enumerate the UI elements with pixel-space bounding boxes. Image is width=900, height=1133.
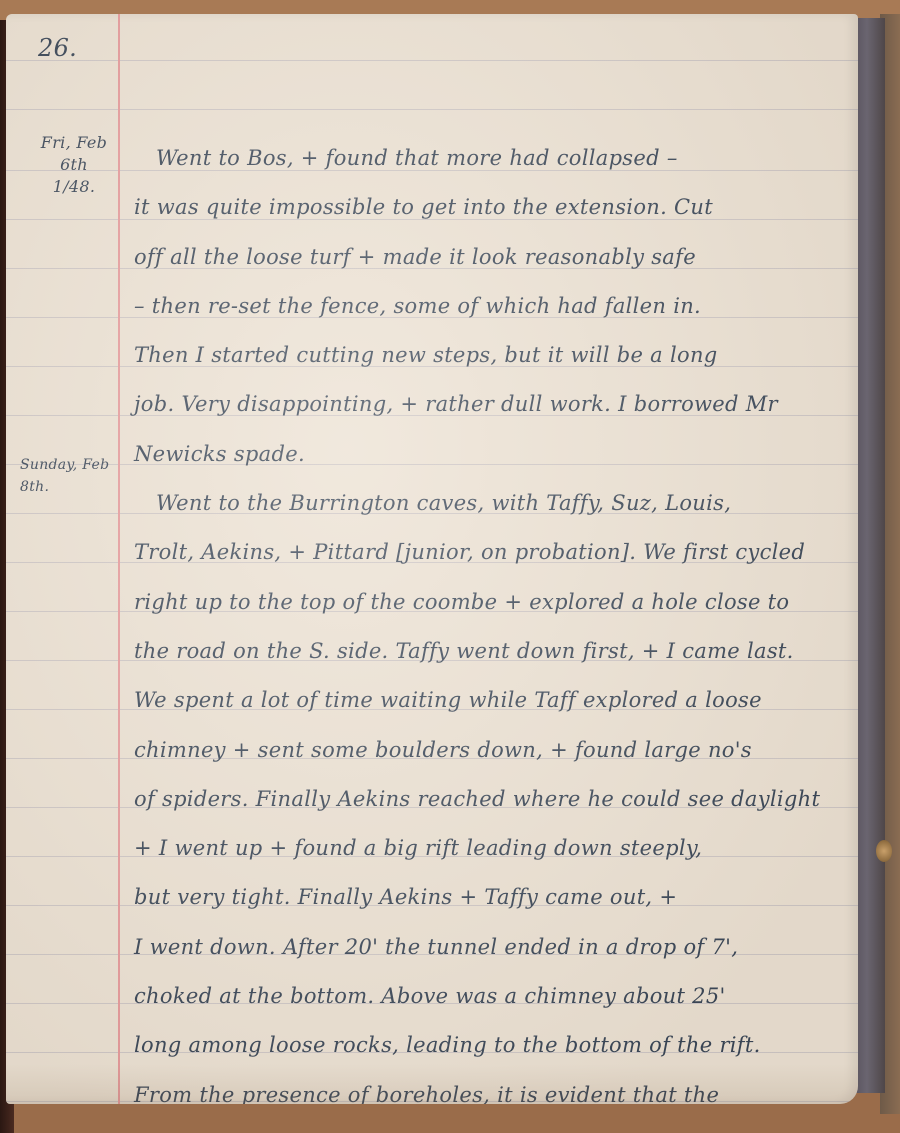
text-line: Newicks spade. bbox=[134, 430, 858, 479]
entry-date-1-line-2: 1/48. bbox=[34, 176, 114, 198]
text-line: choked at the bottom. Above was a chimne… bbox=[134, 972, 858, 1021]
text-line: but very tight. Finally Aekins + Taffy c… bbox=[134, 873, 858, 922]
binding-ring-icon bbox=[876, 840, 892, 862]
entry-date-1: Fri, Feb 6th 1/48. bbox=[34, 132, 114, 198]
text-line: off all the loose turf + made it look re… bbox=[134, 233, 858, 282]
margin-line bbox=[118, 14, 120, 1104]
text-line: We spent a lot of time waiting while Taf… bbox=[134, 676, 858, 725]
text-line: chimney + sent some boulders down, + fou… bbox=[134, 726, 858, 775]
diary-text: Went to Bos, + found that more had colla… bbox=[134, 134, 858, 1104]
text-line: – then re-set the fence, some of which h… bbox=[134, 282, 858, 331]
page-number: 26. bbox=[38, 34, 77, 62]
text-line: I went down. After 20' the tunnel ended … bbox=[134, 923, 858, 972]
page-bottom-shade bbox=[6, 1064, 858, 1104]
text-line: + I went up + found a big rift leading d… bbox=[134, 824, 858, 873]
entry-date-2: Sunday, Feb 8th. bbox=[20, 454, 120, 498]
text-line: the road on the S. side. Taffy went down… bbox=[134, 627, 858, 676]
text-line: Went to the Burrington caves, with Taffy… bbox=[134, 479, 858, 528]
text-line: Went to Bos, + found that more had colla… bbox=[134, 134, 858, 183]
notebook-page: 26. Fri, Feb 6th 1/48. Sunday, Feb 8th. … bbox=[6, 14, 858, 1104]
text-line: of spiders. Finally Aekins reached where… bbox=[134, 775, 858, 824]
text-line: job. Very disappointing, + rather dull w… bbox=[134, 380, 858, 429]
entry-date-1-line-1: Fri, Feb 6th bbox=[34, 132, 114, 176]
text-line: right up to the top of the coombe + expl… bbox=[134, 578, 858, 627]
entry-date-2-line-1: Sunday, Feb 8th. bbox=[20, 454, 120, 498]
text-line: Trolt, Aekins, + Pittard [junior, on pro… bbox=[134, 528, 858, 577]
page-gutter-shadow bbox=[855, 18, 885, 1093]
text-line: it was quite impossible to get into the … bbox=[134, 183, 858, 232]
text-line: Then I started cutting new steps, but it… bbox=[134, 331, 858, 380]
